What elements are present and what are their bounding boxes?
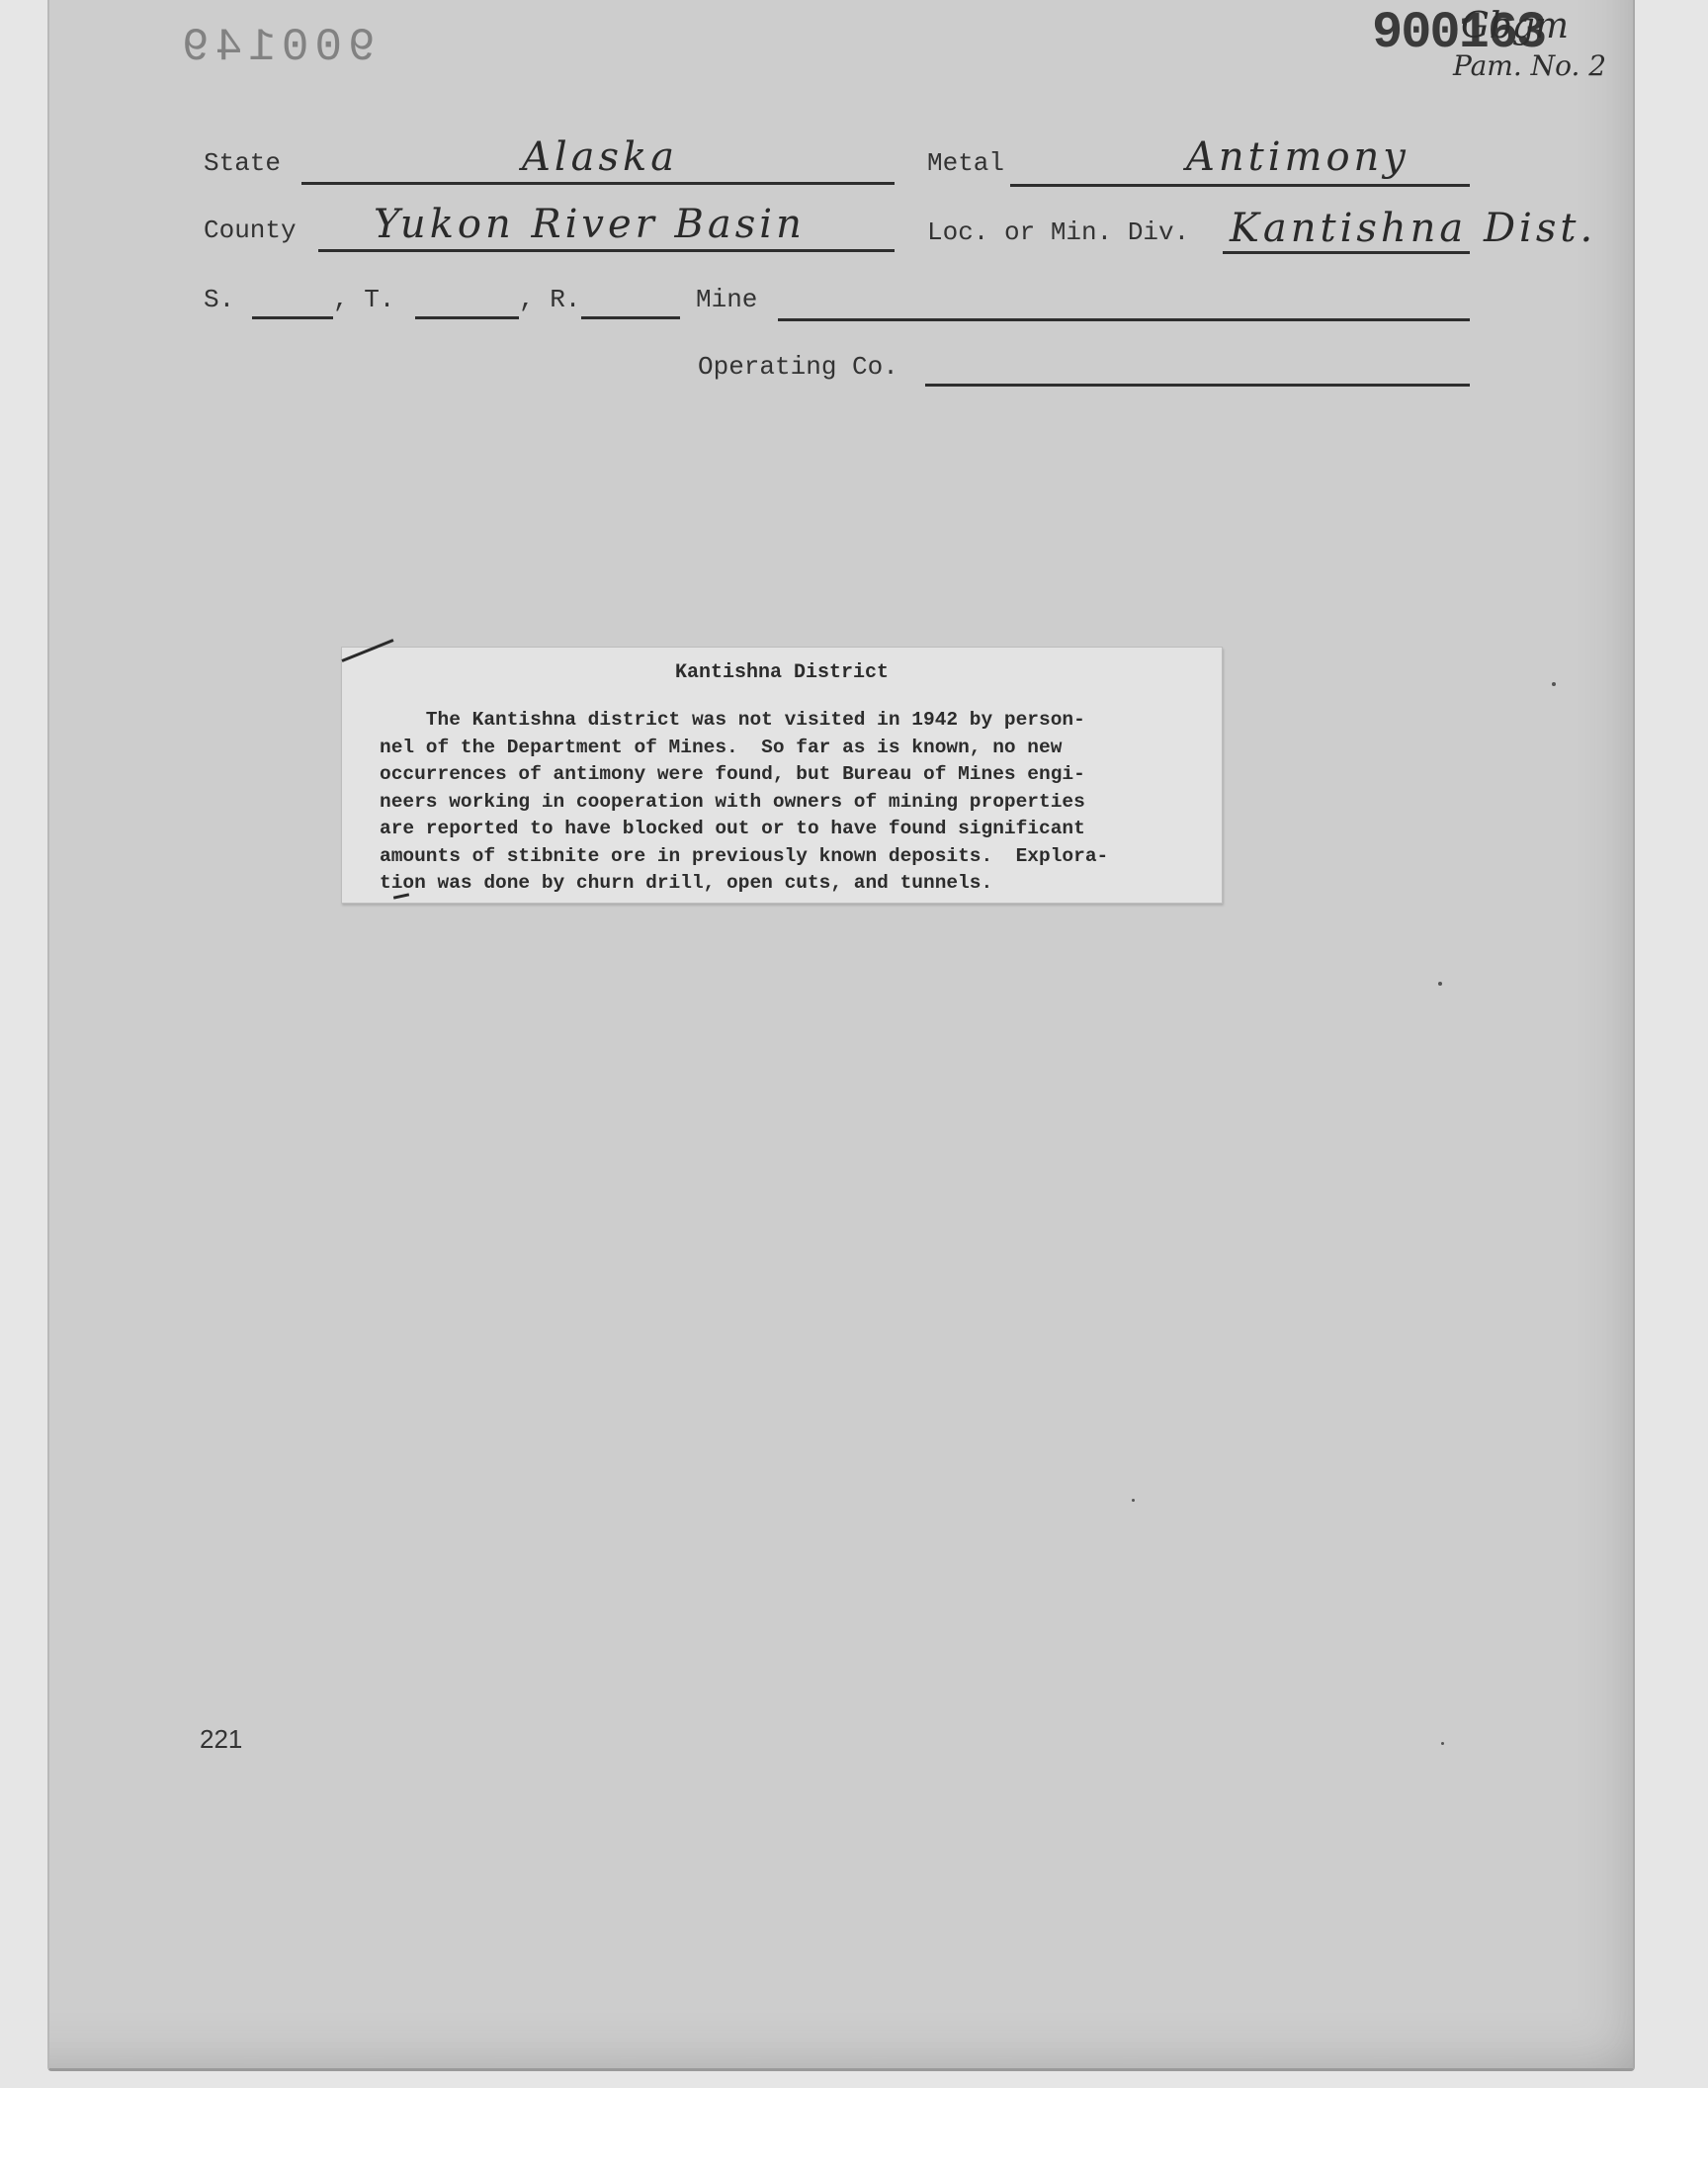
mirrored-stamp-number: 900149 — [176, 22, 376, 73]
clipping-line: amounts of stibnite ore in previously kn… — [380, 843, 1200, 871]
section-field-line — [252, 316, 333, 319]
county-label: County — [204, 216, 297, 245]
clipping-line: tion was done by churn drill, open cuts,… — [380, 870, 1200, 898]
mine-field-line — [778, 318, 1470, 321]
handwritten-pamphlet-number: Pam. No. 2 — [1453, 49, 1606, 82]
clipping-line: are reported to have blocked out or to h… — [380, 816, 1200, 843]
location-field-line — [1223, 251, 1470, 254]
range-label: , R. — [519, 285, 580, 314]
state-field-line — [301, 182, 895, 185]
pasted-clipping: Kantishna District The Kantishna distric… — [341, 647, 1223, 904]
speck — [1438, 982, 1442, 986]
metal-label: Metal — [927, 148, 1004, 178]
metal-field: Antimony — [1186, 134, 1409, 180]
clipping-title: Kantishna District — [342, 661, 1222, 684]
state-label: State — [204, 148, 281, 178]
clipping-body: The Kantishna district was not visited i… — [380, 707, 1200, 898]
county-field: Yukon River Basin — [374, 202, 806, 247]
location-field: Kantishna Dist. — [1230, 206, 1596, 251]
speck — [1132, 1499, 1135, 1502]
metal-field-line — [1010, 184, 1470, 187]
speck — [1441, 1742, 1444, 1745]
clipping-line: occurrences of antimony were found, but … — [380, 761, 1200, 789]
page-number: 221 — [200, 1724, 242, 1755]
clipping-line: The Kantishna district was not visited i… — [380, 707, 1200, 735]
operating-company-label: Operating Co. — [698, 352, 898, 382]
clipping-line: neers working in cooperation with owners… — [380, 789, 1200, 817]
state-field: Alaska — [522, 134, 678, 180]
handwritten-code: Gbgm — [1461, 6, 1569, 46]
speck — [1552, 682, 1556, 686]
mine-label: Mine — [696, 285, 757, 314]
operating-company-field-line — [925, 384, 1470, 387]
location-label: Loc. or Min. Div. — [927, 217, 1189, 247]
township-field-line — [415, 316, 519, 319]
county-field-line — [318, 249, 895, 252]
index-card — [47, 0, 1635, 2071]
section-label: S. — [204, 285, 234, 314]
range-field-line — [581, 316, 680, 319]
clipping-line: nel of the Department of Mines. So far a… — [380, 735, 1200, 762]
township-label: , T. — [333, 285, 394, 314]
